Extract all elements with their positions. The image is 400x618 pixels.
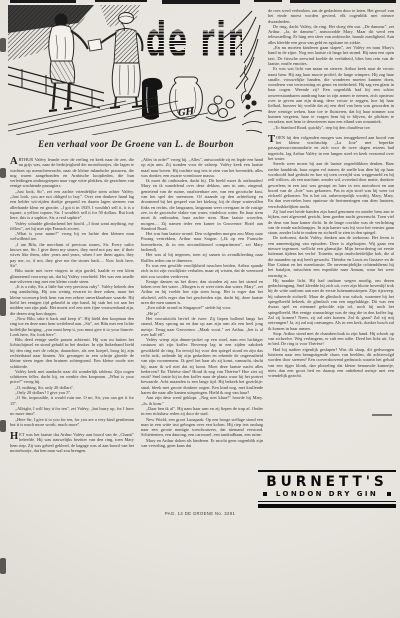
story-paragraph: Aan zijn deur werd geklopt. „Nog niet kl… <box>141 395 263 406</box>
story-paragraph: TOEN hij den volgenden morgen was terugg… <box>268 135 394 161</box>
scan-top-mark <box>162 0 240 4</box>
story-paragraph: Het was hun laatste avond. Den volgenden… <box>141 231 263 252</box>
story-paragraph: Valéry wierp zijn dinner-jacket op een s… <box>141 337 263 395</box>
story-paragraph: Er was wat licht van maan en sterren. Ar… <box>268 66 394 124</box>
drop-cap: A <box>10 157 19 167</box>
story-paragraph: „What is your name?" vroeg hij en lachte… <box>10 231 134 242</box>
story-paragraph: De ring, dacht Valéry, de ring. Het sloe… <box>268 24 394 45</box>
illustrator-signature: GH <box>178 107 195 119</box>
ad-top-rule <box>258 470 396 472</box>
story-paragraph: Had hij nadien eigenlijk geslapen? Was d… <box>268 347 394 379</box>
story-paragraph: Stop. Arthur stond met de chambercloak i… <box>268 331 394 347</box>
story-paragraph: Bilu deed eenige snelle passen achteruit… <box>10 337 134 369</box>
story-paragraph: „Just look, Sir", zei een zachte vriende… <box>10 189 134 221</box>
story-paragraph: „O Sir, impossible, it would ruin me. O … <box>10 395 134 406</box>
magazine-page: GH de ring Een verhaal voor De Groene va… <box>0 0 400 618</box>
story-paragraph: Het vooruitzicht beviel de twee. Zij lie… <box>141 316 263 337</box>
story-paragraph: Zij had met beide handen zijn hand genom… <box>268 209 394 235</box>
story-paragraph: Valéry schudde glimlachend het hoofd. „I… <box>10 221 134 232</box>
story-paragraph: „Allright, I will buy it for ten", zei V… <box>10 406 134 417</box>
story-paragraph: Bilu tastte met twee vingers in zijn gor… <box>10 268 134 284</box>
ad-product-name: LONDON DRY GIN <box>276 490 378 498</box>
story-paragraph: „It is a ruby, Sir, a little but very pr… <box>10 284 134 316</box>
story-paragraph: „I am Bilu, the merchant of precious sto… <box>10 242 134 268</box>
ad-brand-name: BURNETT'S <box>259 475 394 489</box>
drop-cap: H <box>10 432 19 442</box>
story-subtitle: Een verhaal voor De Groene van L. de Bou… <box>10 139 262 149</box>
story-paragraph: „To Stanford Road, quickly", riep hij de… <box>268 125 394 130</box>
text-column-middle: „Alles in orde?" vroeg hij. „Alles", ant… <box>141 157 263 493</box>
scan-top-mark <box>254 0 282 2</box>
ad-square-bullet-right <box>387 492 391 496</box>
text-column-right: de roes werd verbroken, om de gedachten … <box>268 8 394 469</box>
text-column-left: ARTHUR Valéry leunde over de reeling en … <box>10 157 134 513</box>
scan-top-mark <box>95 0 147 2</box>
scan-edge-strip <box>0 0 7 618</box>
drop-cap: T <box>268 135 276 145</box>
story-paragraph: „Here Sir, I give it to you for ten, for… <box>10 417 134 428</box>
story-paragraph: „Daar ben ik al". Hij nam haar arm en zi… <box>141 406 263 417</box>
story-paragraph: HET was het laatste dat Arthur Valéry aa… <box>10 432 134 453</box>
story-paragraph: New World, een groot Lunapark. Op een ho… <box>141 417 263 438</box>
story-paragraph: Ik moet dit onthouden, dacht hij. Dit be… <box>141 178 263 231</box>
story-paragraph: „Now Bilu, take it back and keep it". Hi… <box>10 316 134 337</box>
story-paragraph: Mary en Arthur doken als kinderen. Er mo… <box>141 438 263 449</box>
story-paragraph: Hij maakte licht. Hij had tastbare wegen… <box>268 278 394 331</box>
story-paragraph: Eenige dansen na het diner, dan stonden … <box>141 279 263 305</box>
story-paragraph: „En nu moeten kinderen gaan slapen", zei… <box>268 45 394 66</box>
story-paragraph: De toekomst, dacht Valéry, denken aan de… <box>268 235 394 277</box>
story-paragraph: de roes werd verbroken, om de gedachten … <box>268 8 394 24</box>
story-paragraph: Er was een gewilde vroolijkheid tusschen… <box>141 263 263 279</box>
scan-top-mark <box>10 0 76 3</box>
ad-thin-rule <box>258 501 396 502</box>
story-paragraph: ARTHUR Valéry leunde over de reeling en … <box>10 157 134 189</box>
burnetts-gin-ad: BURNETT'S LONDON DRY GIN <box>258 470 396 508</box>
story-paragraph: Steeds weer moest hij aan de laatste oog… <box>268 161 394 209</box>
story-paragraph: „Alles in orde?" vroeg hij. „Alles", ant… <box>141 157 263 178</box>
story-paragraph: Valéry keek met aandacht naar dit wonder… <box>10 369 134 385</box>
ad-bottom-rule <box>258 504 396 509</box>
page-footer: PAG. 14 DE GROENE No. 3291 <box>120 511 280 516</box>
page-title: de ring <box>146 16 242 66</box>
scan-top-mark <box>290 0 396 3</box>
story-paragraph: Het was al bij negenen, toen zij samen i… <box>141 252 263 263</box>
ad-square-bullet-left <box>263 492 267 496</box>
